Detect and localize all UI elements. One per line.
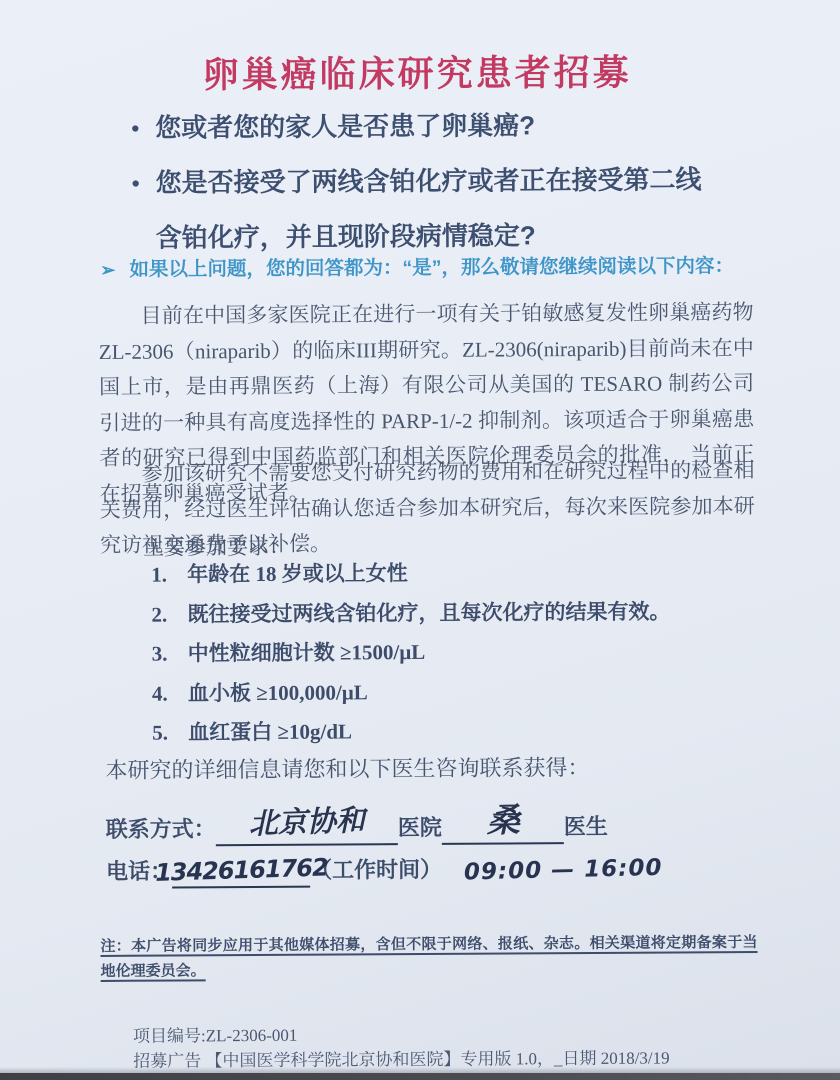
requirement-item: 3. 中性粒细胞计数 ≥1500/μL	[152, 639, 712, 665]
requirement-number: 1.	[151, 563, 175, 586]
working-hours-label: （工作时间）	[310, 853, 442, 888]
requirement-text: 血红蛋白 ≥10g/dL	[188, 720, 352, 744]
question-item: • 您或者您的家人是否患了卵巢癌?	[131, 97, 716, 156]
requirements-list: 1. 年龄在 18 岁或以上女性 2. 既往接受过两线含铂化疗，且每次化疗的结果…	[151, 560, 712, 761]
bullet-icon: •	[131, 101, 139, 156]
paper-sheet: 卵巢癌临床研究患者招募 • 您或者您的家人是否患了卵巢癌? • 您是否接受了两线…	[0, 0, 840, 1080]
requirement-text: 中性粒细胞计数 ≥1500/μL	[188, 641, 426, 665]
document-footer: 项目编号:ZL-2306-001 招募广告 【中国医学科学院北京协和医院】专用版…	[133, 1020, 670, 1073]
requirement-number: 2.	[151, 603, 175, 626]
hospital-suffix-label: 医院	[398, 811, 442, 845]
photo-bottom-edge	[0, 1073, 840, 1080]
requirement-item: 1. 年龄在 18 岁或以上女性	[151, 560, 711, 586]
phone-number-blank: 13426161762	[172, 856, 310, 889]
requirement-item: 4. 血小板 ≥100,000/μL	[152, 679, 712, 705]
requirement-number: 4.	[152, 682, 176, 705]
question-item: • 您是否接受了两线含铂化疗或者正在接受第二线含铂化疗，并且现阶段病情稳定?	[132, 152, 718, 266]
question-text: 您或者您的家人是否患了卵巢癌?	[155, 98, 535, 155]
media-disclaimer-note: 注：本广告将同步应用于其他媒体招募，含但不限于网络、报纸、杂志。相关渠道将定期备…	[100, 931, 757, 985]
contact-line-phone: 电话： 13426161762 （工作时间） 09:00 — 16:00	[106, 852, 663, 889]
screening-questions: • 您或者您的家人是否患了卵巢癌? • 您是否接受了两线含铂化疗或者正在接受第二…	[131, 97, 717, 266]
handwritten-working-hours: 09:00 — 16:00	[464, 855, 663, 889]
handwritten-doctor-name: 桑	[486, 794, 520, 842]
requirement-text: 血小板 ≥100,000/μL	[188, 681, 368, 705]
project-number-line: 项目编号:ZL-2306-001	[133, 1020, 670, 1048]
contact-line-hospital: 联系方式： 北京协和 医院 桑 医生	[106, 794, 608, 847]
requirement-item: 2. 既往接受过两线含铂化疗，且每次化疗的结果有效。	[151, 600, 711, 626]
contact-intro: 本研究的详细信息请您和以下医生咨询联系获得：	[105, 751, 589, 785]
contact-method-label: 联系方式：	[106, 812, 216, 847]
conditional-text: 如果以上问题，您的回答都为：“是”，那么敬请您继续阅读以下内容：	[129, 251, 734, 285]
document-photo: 卵巢癌临床研究患者招募 • 您或者您的家人是否患了卵巢癌? • 您是否接受了两线…	[0, 0, 840, 1080]
doctor-name-blank: 桑	[442, 794, 564, 845]
requirement-number: 5.	[152, 721, 176, 744]
requirement-text: 既往接受过两线含铂化疗，且每次化疗的结果有效。	[187, 600, 670, 625]
handwritten-phone-number: 13426161762	[154, 853, 328, 887]
page-title: 卵巢癌临床研究患者招募	[0, 43, 837, 99]
conditional-instruction: ➢ 如果以上问题，您的回答都为：“是”，那么敬请您继续阅读以下内容：	[100, 251, 760, 285]
requirement-text: 年龄在 18 岁或以上女性	[187, 562, 408, 586]
doctor-suffix-label: 医生	[564, 810, 608, 844]
hospital-name-blank: 北京协和	[216, 799, 398, 846]
requirement-number: 3.	[152, 642, 176, 665]
handwritten-hospital-name: 北京协和	[248, 798, 365, 843]
question-text: 您是否接受了两线含铂化疗或者正在接受第二线含铂化疗，并且现阶段病情稳定?	[155, 152, 717, 265]
requirement-item: 5. 血红蛋白 ≥10g/dL	[152, 718, 712, 744]
bullet-icon: •	[132, 156, 140, 211]
requirements-label: 主要参加要求：	[143, 531, 290, 562]
arrowhead-icon: ➢	[100, 255, 115, 285]
